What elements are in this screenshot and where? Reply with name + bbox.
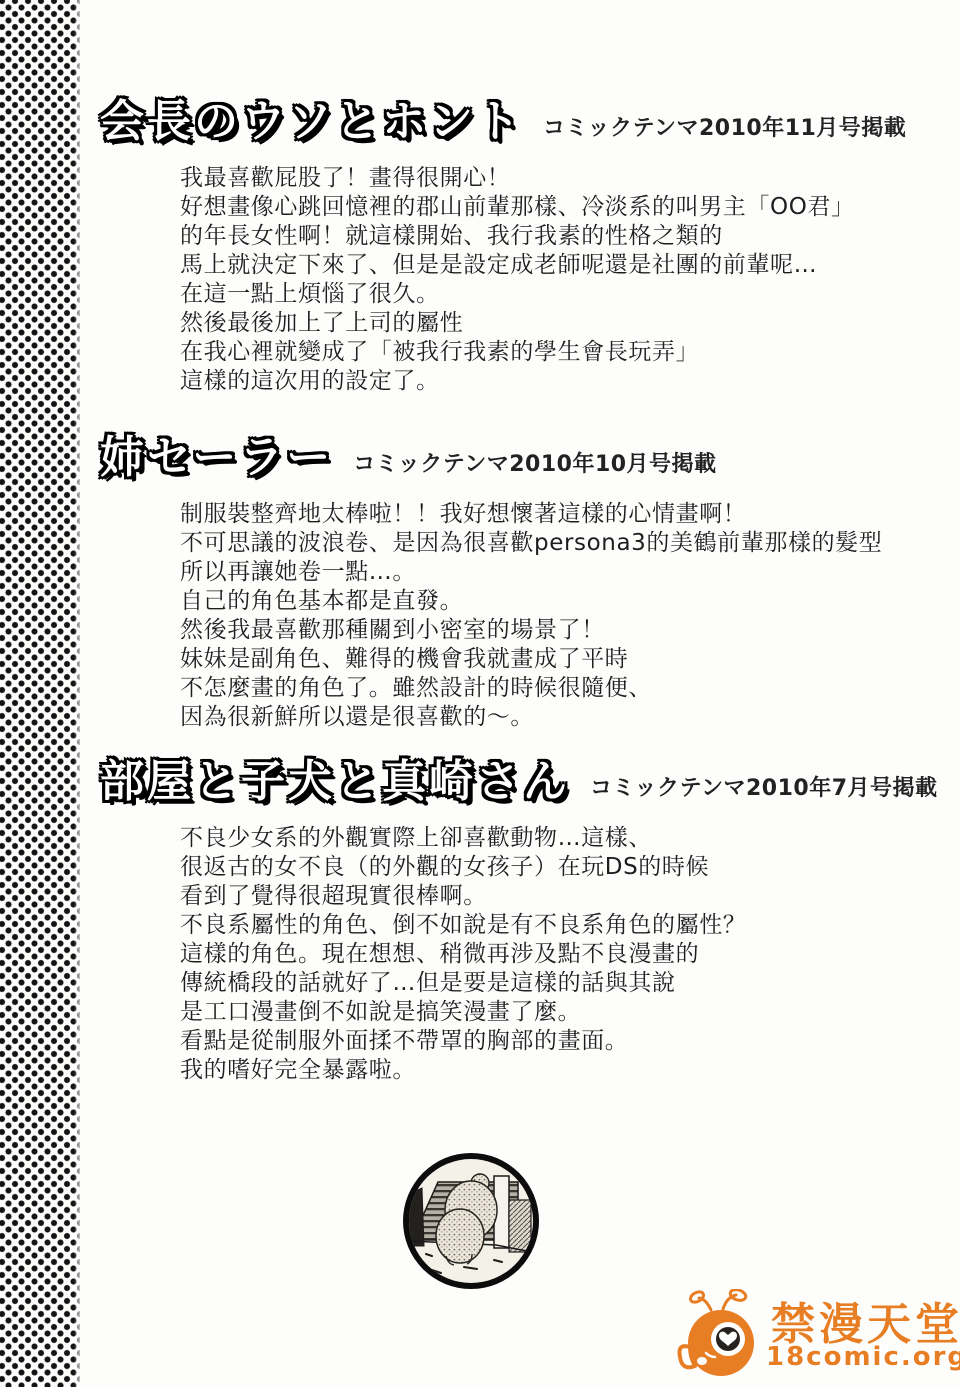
section-title: 姉セーラー (100, 430, 333, 486)
text-line: 不良系屬性的角色、倒不如說是有不良系角色的屬性？ (180, 911, 960, 940)
magazine-note: コミックテンマ2010年7月号掲載 (590, 776, 938, 810)
text-line: 妹妹是副角色、難得的機會我就畫成了平時 (180, 645, 960, 674)
text-line: 的年長女性啊！就這樣開始、我行我素的性格之類的 (180, 222, 960, 251)
text-line: 傳統橋段的話就好了…但是要是這樣的話與其說 (180, 969, 960, 998)
section-header: 部屋と子犬と真崎さん コミックテンマ2010年7月号掲載 (100, 754, 960, 810)
magazine-note: コミックテンマ2010年10月号掲載 (353, 452, 716, 486)
manga-afterword-page: 会長のウソとホント コミックテンマ2010年11月号掲載 我最喜歡屁股了！畫得很… (0, 0, 960, 1387)
text-line: 在我心裡就變成了「被我行我素的學生會長玩弄」 (180, 338, 960, 367)
text-line: 不良少女系的外觀實際上卻喜歡動物…這樣、 (180, 824, 960, 853)
text-line: 很返古的女不良（的外觀的女孩子）在玩DS的時候 (180, 853, 960, 882)
magazine-note: コミックテンマ2010年11月号掲載 (543, 116, 906, 150)
halftone-border (0, 0, 80, 1387)
text-line: 看點是從制服外面揉不帶罩的胸部的畫面。 (180, 1027, 960, 1056)
watermark-site-url: 18comic.org (766, 1344, 960, 1370)
text-line: 不可思議的波浪卷、是因為很喜歡persona3的美鶴前輩那樣的髮型 (180, 529, 960, 558)
text-line: 然後最後加上了上司的屬性 (180, 309, 960, 338)
text-line: 因為很新鮮所以還是很喜歡的～。 (180, 703, 960, 732)
section-title: 会長のウソとホント (100, 94, 523, 150)
text-line: 在這一點上煩惱了很久。 (180, 280, 960, 309)
text-line: 馬上就決定下來了、但是是設定成老師呢還是社團的前輩呢… (180, 251, 960, 280)
text-line: 是工口漫畫倒不如說是搞笑漫畫了麼。 (180, 998, 960, 1027)
text-line: 我最喜歡屁股了！畫得很開心！ (180, 164, 960, 193)
watermark: 禁漫天堂 18comic.org (676, 1288, 960, 1384)
watermark-text: 禁漫天堂 18comic.org (766, 1302, 960, 1370)
section-ane-sailor: 姉セーラー コミックテンマ2010年10月号掲載 制服裝整齊地太棒啦！！我好想懷… (100, 430, 960, 732)
section-header: 姉セーラー コミックテンマ2010年10月号掲載 (100, 430, 960, 486)
text-line: 不怎麼畫的角色了。雖然設計的時候很隨便、 (180, 674, 960, 703)
text-line: 所以再讓她卷一點…。 (180, 558, 960, 587)
section-body: 制服裝整齊地太棒啦！！我好想懷著這樣的心情畫啊！ 不可思議的波浪卷、是因為很喜歡… (180, 500, 960, 732)
text-line: 這樣的這次用的設定了。 (180, 367, 960, 396)
text-line: 這樣的角色。現在想想、稍微再涉及點不良漫畫的 (180, 940, 960, 969)
section-header: 会長のウソとホント コミックテンマ2010年11月号掲載 (100, 94, 960, 150)
puppy-in-doorway-drawing (398, 1148, 544, 1294)
section-body: 我最喜歡屁股了！畫得很開心！ 好想畫像心跳回憶裡的郡山前輩那樣、冷淡系的叫男主「… (180, 164, 960, 396)
text-line: 自己的角色基本都是直發。 (180, 587, 960, 616)
text-line: 然後我最喜歡那種關到小密室的場景了！ (180, 616, 960, 645)
section-kaichou: 会長のウソとホント コミックテンマ2010年11月号掲載 我最喜歡屁股了！畫得很… (100, 94, 960, 396)
text-line: 好想畫像心跳回憶裡的郡山前輩那樣、冷淡系的叫男主「OO君」 (180, 193, 960, 222)
text-line: 我的嗜好完全暴露啦。 (180, 1056, 960, 1085)
section-title: 部屋と子犬と真崎さん (100, 754, 570, 810)
text-line: 看到了覺得很超現實很棒啊。 (180, 882, 960, 911)
text-line: 制服裝整齊地太棒啦！！我好想懷著這樣的心情畫啊！ (180, 500, 960, 529)
puppy-illustration (398, 1148, 544, 1294)
whale-mascot-icon (676, 1289, 762, 1383)
section-heya-koinu: 部屋と子犬と真崎さん コミックテンマ2010年7月号掲載 不良少女系的外觀實際上… (100, 754, 960, 1085)
section-body: 不良少女系的外觀實際上卻喜歡動物…這樣、 很返古的女不良（的外觀的女孩子）在玩D… (180, 824, 960, 1085)
